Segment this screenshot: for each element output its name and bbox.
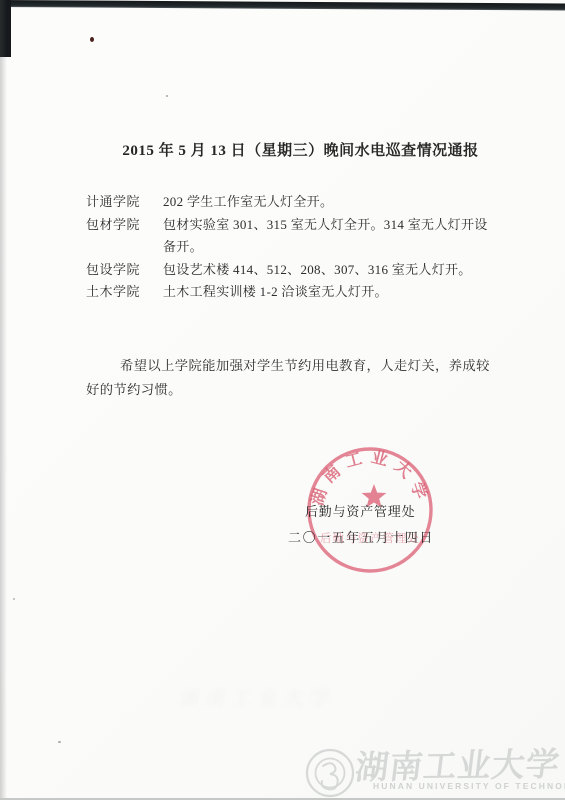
report-row: 土木学院 土木工程实训楼 1-2 洽谈室无人灯开。 (86, 281, 498, 304)
report-text: 包材实验室 301、315 室无人灯全开。314 室无人灯开设备开。 (163, 214, 497, 259)
report-text: 202 学生工作室无人灯全开。 (163, 191, 497, 214)
ink-speck (90, 37, 94, 42)
ink-speck (166, 95, 168, 97)
signature-date: 二〇一五年五月十四日 (288, 527, 434, 546)
university-name-english: HUNAN UNIVERSITY OF TECHNOLOGY (373, 781, 565, 791)
page-bleed-ghost: 湖南工业大学 (178, 682, 442, 711)
report-text: 包设艺术楼 414、512、208、307、316 室无人灯开。 (163, 259, 497, 282)
college-name: 计通学院 (86, 191, 163, 214)
ink-speck (58, 741, 61, 743)
college-name: 土木学院 (86, 281, 163, 304)
report-row: 包材学院 包材实验室 301、315 室无人灯全开。314 室无人灯开设备开。 (86, 214, 498, 259)
signature-department: 后勤与资产管理处 (305, 501, 415, 520)
university-logo-icon (304, 746, 356, 800)
ink-speck (13, 598, 15, 600)
college-name: 包设学院 (86, 259, 163, 282)
college-name: 包材学院 (86, 214, 163, 237)
scan-top-edge-artifact (0, 0, 565, 11)
inspection-report-list: 计通学院 202 学生工作室无人灯全开。 包材学院 包材实验室 301、315 … (86, 191, 498, 304)
scanned-document-page: 湖南工业大学 2015 年 5 月 13 日（星期三）晚间水电巡查情况通报 计通… (0, 0, 565, 800)
document-title: 2015 年 5 月 13 日（星期三）晚间水电巡查情况通报 (0, 139, 565, 160)
report-text: 土木工程实训楼 1-2 洽谈室无人灯开。 (163, 281, 497, 304)
report-row: 包设学院 包设艺术楼 414、512、208、307、316 室无人灯开。 (86, 259, 498, 282)
report-row: 计通学院 202 学生工作室无人灯全开。 (86, 191, 498, 214)
scan-left-shadow (0, 0, 7, 800)
closing-paragraph: 希望以上学院能加强对学生节约用电教育，人走灯关，养成较好的节约习惯。 (86, 354, 496, 402)
